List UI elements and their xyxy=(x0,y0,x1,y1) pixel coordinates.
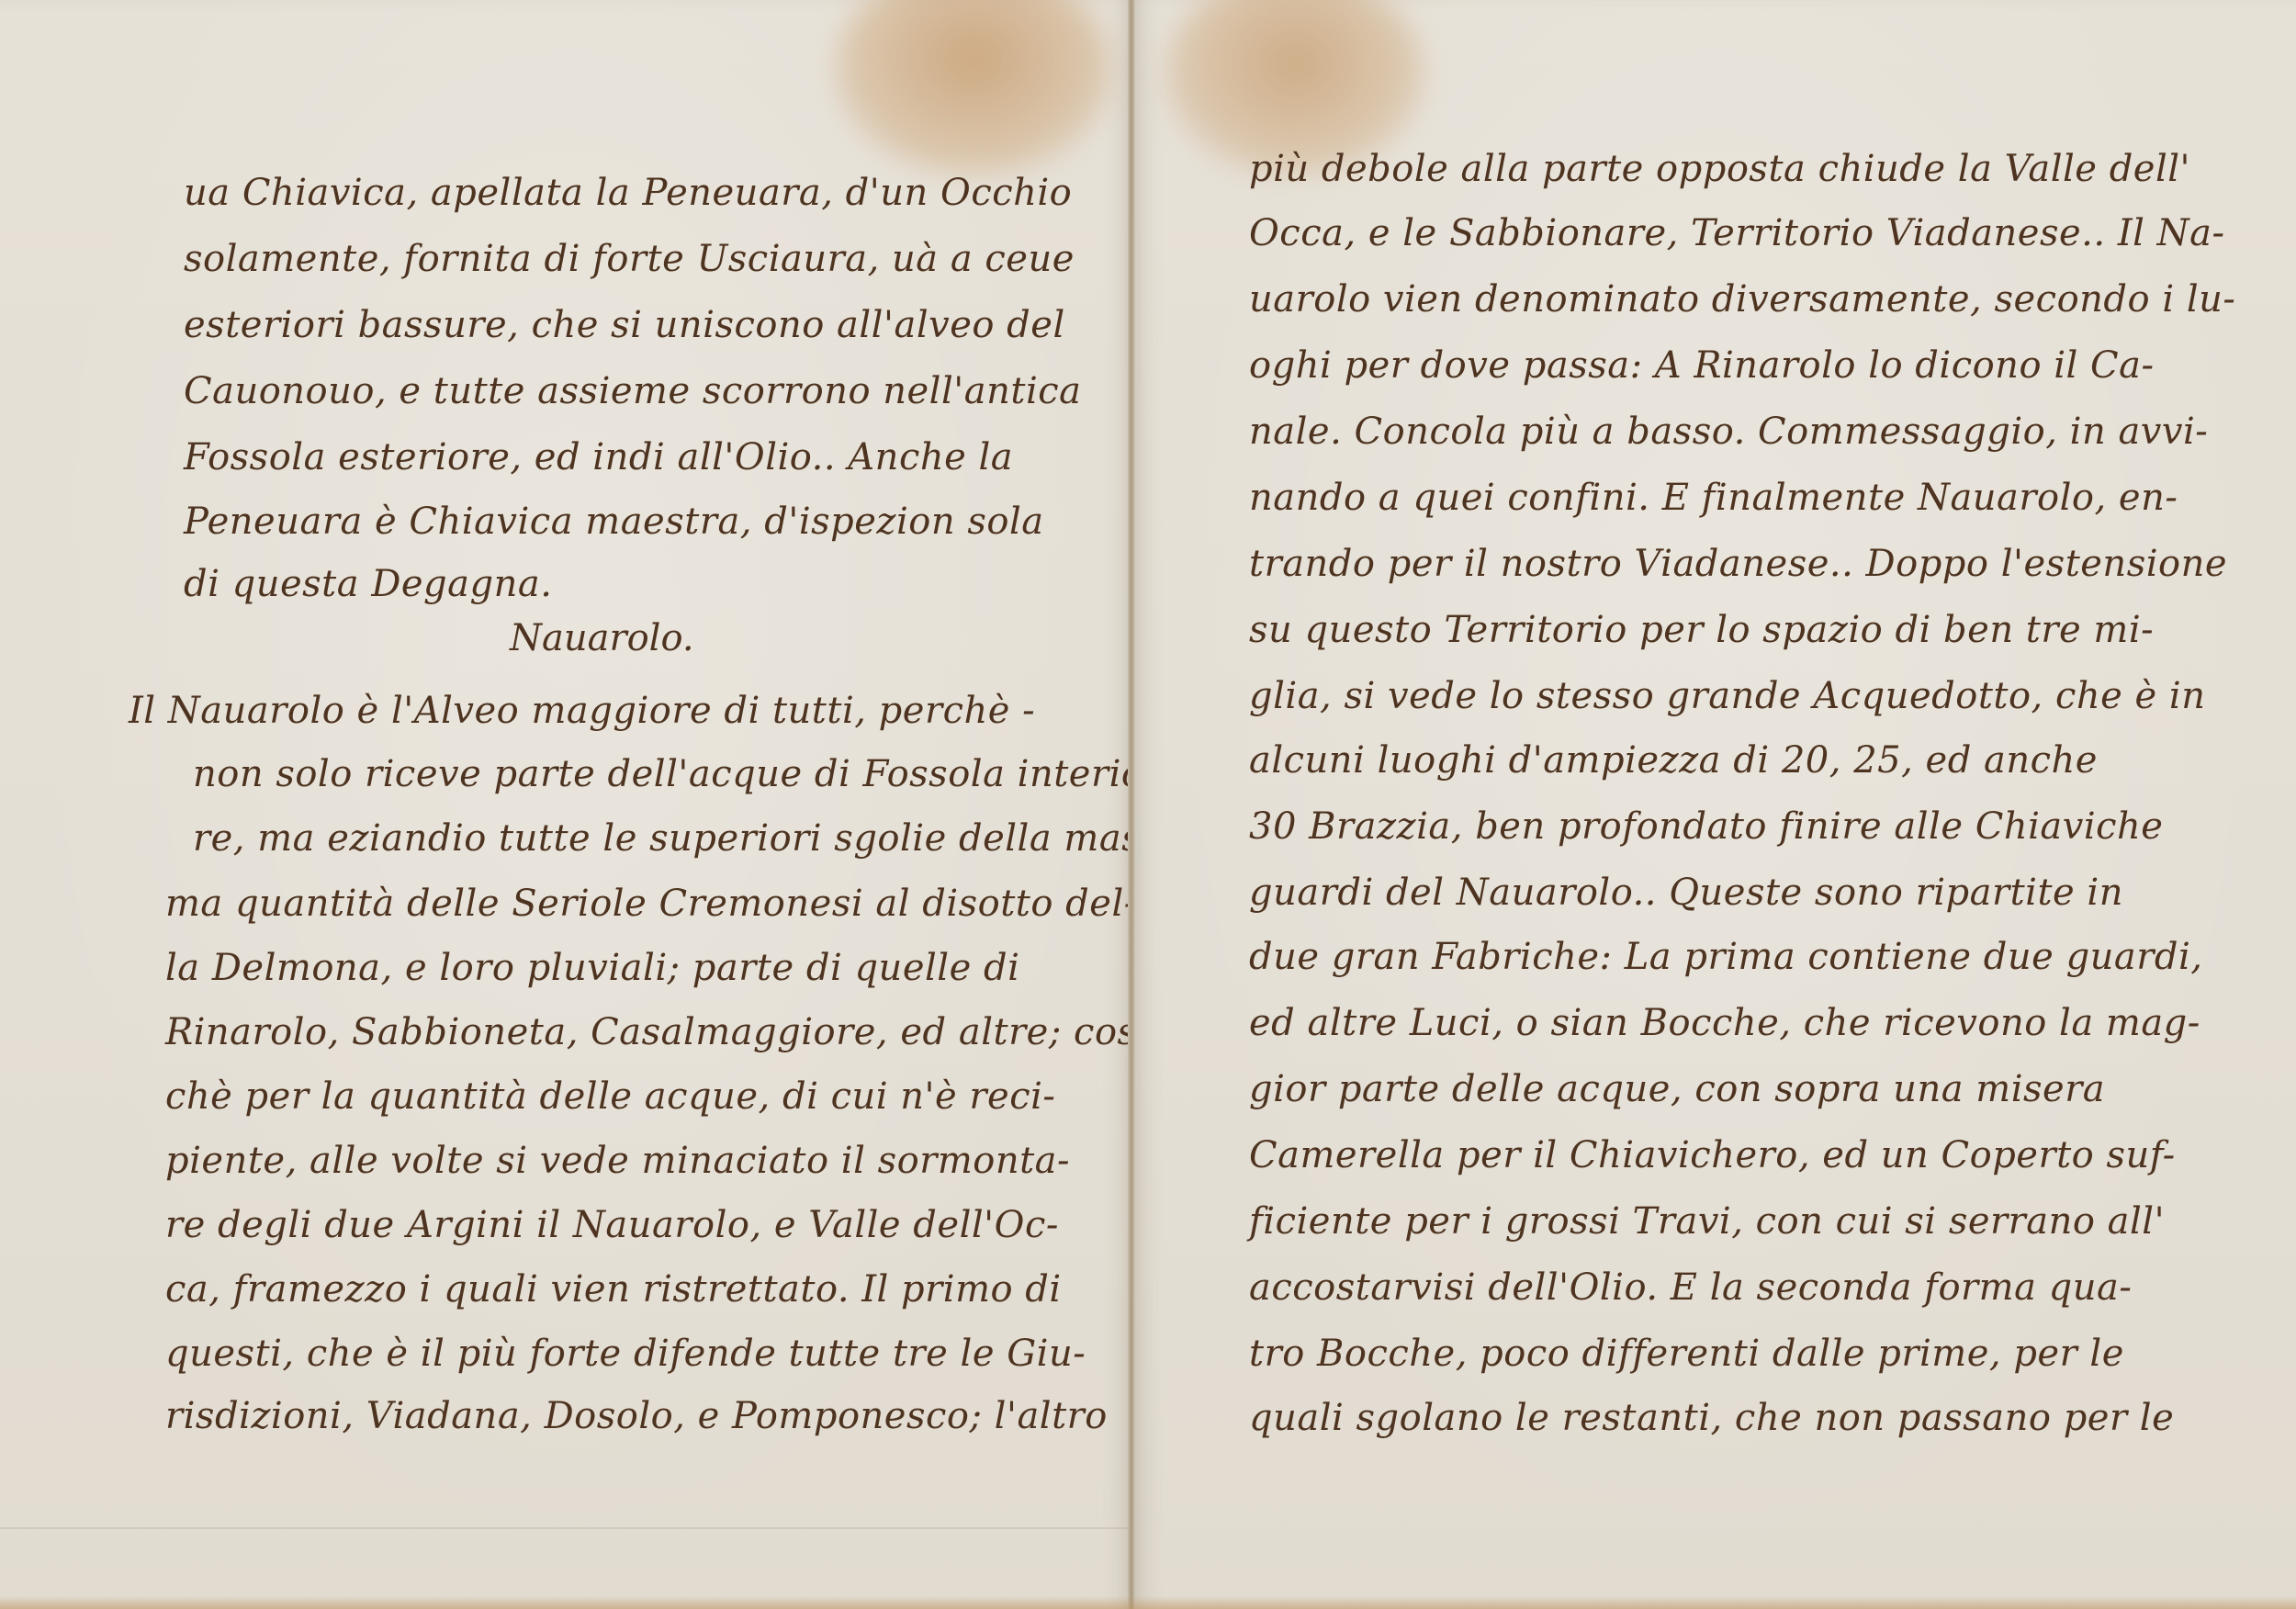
manuscript-line: Il Nauarolo è l'Alveo maggiore di tutti,… xyxy=(129,685,1035,737)
right-page: più debole alla parte opposta chiude la … xyxy=(1135,0,2296,1609)
manuscript-line: risdizioni, Viadana, Dosolo, e Pomponesc… xyxy=(165,1390,1108,1442)
manuscript-line: di questa Degagna. xyxy=(184,558,552,610)
manuscript-line: due gran Fabriche: La prima contiene due… xyxy=(1249,931,2203,983)
manuscript-line: ed altre Luci, o sian Bocche, che ricevo… xyxy=(1249,997,2200,1049)
section-heading: Nauarolo. xyxy=(510,617,694,659)
manuscript-line: esteriori bassure, che si uniscono all'a… xyxy=(184,299,1065,351)
manuscript-line: questi, che è il più forte difende tutte… xyxy=(165,1328,1086,1379)
manuscript-line: solamente, fornita di forte Usciaura, uà… xyxy=(184,233,1075,285)
manuscript-line: la Delmona, e loro pluviali; parte di qu… xyxy=(165,942,1019,994)
manuscript-line: tro Bocche, poco differenti dalle prime,… xyxy=(1249,1328,2124,1379)
manuscript-line: nale. Concola più a basso. Commessaggio,… xyxy=(1249,406,2208,457)
page-bottom-edge xyxy=(0,1596,2296,1609)
manuscript-line: gior parte delle acque, con sopra una mi… xyxy=(1249,1063,2105,1115)
paper-fold-line xyxy=(0,1527,1131,1529)
manuscript-line: piente, alle volte si vede minaciato il … xyxy=(165,1135,1070,1187)
manuscript-line: 30 Brazzia, ben profondato finire alle C… xyxy=(1249,801,2163,852)
manuscript-line: oghi per dove passa: A Rinarolo lo dicon… xyxy=(1249,340,2155,391)
manuscript-line: su questo Territorio per lo spazio di be… xyxy=(1249,604,2154,656)
manuscript-line: Cauonouo, e tutte assieme scorrono nell'… xyxy=(184,366,1082,417)
manuscript-line: Camerella per il Chiavichero, ed un Cope… xyxy=(1249,1130,2176,1181)
manuscript-line: ua Chiavica, apellata la Peneuara, d'un … xyxy=(184,167,1072,219)
manuscript-line: quali sgolano le restanti, che non passa… xyxy=(1249,1392,2174,1444)
manuscript-line: uarolo vien denominato diversamente, sec… xyxy=(1249,274,2235,325)
manuscript-line: glia, si vede lo stesso grande Acquedott… xyxy=(1249,670,2205,722)
manuscript-line: Peneuara è Chiavica maestra, d'ispezion … xyxy=(184,496,1044,547)
manuscript-line: re, ma eziandio tutte le superiori sgoli… xyxy=(193,813,1186,864)
manuscript-line: Rinarolo, Sabbioneta, Casalmaggiore, ed … xyxy=(165,1007,1162,1058)
manuscript-line: guardi del Nauarolo.. Queste sono ripart… xyxy=(1249,867,2123,918)
water-stain xyxy=(836,0,1111,174)
manuscript-line: nando a quei confini. E finalmente Nauar… xyxy=(1249,472,2178,523)
manuscript-line: Fossola esteriore, ed indi all'Olio.. An… xyxy=(184,432,1013,483)
manuscript-line: ca, framezzo i quali vien ristrettato. I… xyxy=(165,1264,1062,1315)
manuscript-line: alcuni luoghi d'ampiezza di 20, 25, ed a… xyxy=(1249,735,2098,786)
manuscript-line: non solo riceve parte dell'acque di Foss… xyxy=(193,748,1156,800)
manuscript-line: re degli due Argini il Nauarolo, e Valle… xyxy=(165,1199,1059,1251)
left-page: ua Chiavica, apellata la Peneuara, d'un … xyxy=(0,0,1131,1609)
manuscript-spread: ua Chiavica, apellata la Peneuara, d'un … xyxy=(0,0,2296,1609)
manuscript-line: trando per il nostro Viadanese.. Doppo l… xyxy=(1249,538,2227,590)
manuscript-line: accostarvisi dell'Olio. E la seconda for… xyxy=(1249,1262,2132,1313)
book-gutter xyxy=(1128,0,1135,1609)
manuscript-line: Occa, e le Sabbionare, Territorio Viadan… xyxy=(1249,208,2224,259)
manuscript-line: chè per la quantità delle acque, di cui … xyxy=(165,1071,1055,1122)
manuscript-line: ficiente per i grossi Travi, con cui si … xyxy=(1249,1196,2165,1247)
manuscript-line: più debole alla parte opposta chiude la … xyxy=(1249,143,2190,195)
manuscript-line: ma quantità delle Seriole Cremonesi al d… xyxy=(165,878,1137,929)
